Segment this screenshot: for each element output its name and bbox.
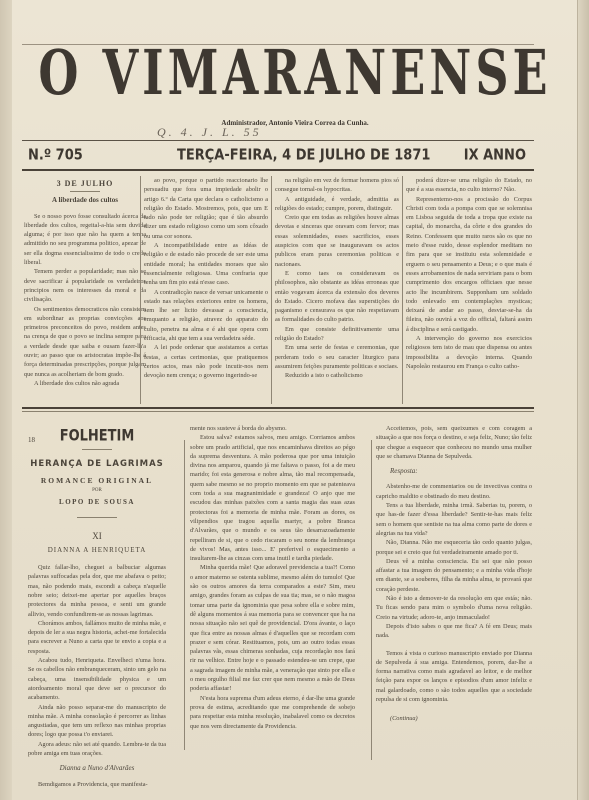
- issue-number: N.º 705: [28, 147, 83, 164]
- paragraph: Depois d'isto sabes o que me fica? A fé …: [376, 622, 532, 641]
- newspaper-title: O VIMARANENSE: [12, 36, 578, 109]
- paragraph: Ainda não posso separar-me do manuscript…: [28, 703, 166, 740]
- paragraph: Acabou tudo, Henriqueta. Envelheci n'uma…: [28, 656, 166, 702]
- paragraph: Reduzido a isto o catholicismo: [275, 371, 399, 380]
- paragraph: Não, Dianna. Não me esqueceria tão cedo …: [376, 538, 532, 557]
- paragraph: Bemdigamos a Providencia, que manifesta-: [28, 780, 166, 789]
- paragraph: Estou salva? estamos salvos, meu amigo. …: [190, 433, 355, 563]
- byline-por: POR: [28, 486, 166, 495]
- paragraph: Acceitemos, pois, sem queixumes e com co…: [376, 424, 532, 461]
- editorial-column-4: poderá dizer-se uma religião do Estado, …: [406, 176, 532, 404]
- paragraph: mente nos susteve á borda do abysmo.: [190, 424, 355, 433]
- newspaper-page: O VIMARANENSE Administrador, Antonio Vie…: [12, 0, 578, 800]
- paragraph: Não é isto a demover-te da resolução em …: [376, 594, 532, 622]
- column-rule: [371, 440, 372, 760]
- paragraph: Minha querida mãe! Que adoravel previden…: [190, 563, 355, 693]
- novel-type: ROMANCE ORIGINAL: [28, 476, 166, 485]
- folhetim-column-3: Acceitemos, pois, sem queixumes e com co…: [376, 424, 532, 800]
- letter-heading: Dianna a Nuno d'Alvarães: [28, 764, 166, 773]
- column-rule: [271, 176, 272, 404]
- page-edge-right: [577, 0, 589, 800]
- paragraph: A lei pode ordenar que assistamos a cert…: [144, 343, 268, 380]
- paragraph: Deus vê a minha consciencia. Eu sei que …: [376, 557, 532, 594]
- continued-note: (Continua): [390, 714, 532, 723]
- divider: [82, 449, 112, 450]
- column-rule: [140, 176, 141, 404]
- handwritten-note: Q. 4. J. L. 55: [157, 125, 262, 140]
- paragraph: Em uma serie de festas e ceremonias, que…: [275, 343, 399, 371]
- paragraph: Representemo-nos a procissão do Corpus C…: [406, 195, 532, 334]
- folhetim-divider: [22, 407, 534, 412]
- paragraph: Temem perder a popularidade; mas não se …: [24, 267, 146, 304]
- column-rule: [184, 440, 185, 750]
- paragraph: Creio que em todas as religiões houve al…: [275, 213, 399, 269]
- folhetim-column-1: 18 FOLHETIM HERANÇA DE LAGRIMAS ROMANCE …: [28, 420, 166, 800]
- paragraph: Os sentimentos democraticos não consiste…: [24, 305, 146, 379]
- paragraph: A liberdade dos cultos não agrada: [24, 379, 146, 388]
- editorial-column-3: na religião em vez de formar homens pios…: [275, 176, 399, 404]
- novel-title: HERANÇA DE LAGRIMAS: [28, 460, 166, 469]
- paragraph: na religião em vez de formar homens pios…: [275, 176, 399, 195]
- reply-heading: Resposta:: [390, 467, 532, 476]
- paragraph: poderá dizer-se uma religião do Estado, …: [406, 176, 532, 195]
- paragraph: A incompatibilidade entre as idéas de re…: [144, 241, 268, 287]
- paragraph: E como taes os consideravam os philosoph…: [275, 269, 399, 325]
- paragraph: Se o nosso povo fosse consultado ácerca …: [24, 212, 146, 268]
- administrator-line: Administrador, Antonio Vieira Correa da …: [12, 119, 578, 127]
- paragraph: ao povo, porque o partido reaccionario l…: [144, 176, 268, 241]
- paragraph: N'esta hora suprema d'um adeus eterno, é…: [190, 694, 355, 731]
- divider: [77, 517, 117, 518]
- paragraph: Tens a tua liberdade, minha irmã. Saberi…: [376, 501, 532, 538]
- divider: [70, 191, 100, 192]
- chapter-subtitle: DIANNA A HENRIQUETA: [28, 546, 166, 555]
- paragraph: Em que consiste definitivamente uma reli…: [275, 325, 399, 344]
- issue-year: IX ANNO: [464, 147, 526, 164]
- paragraph: A antiguidade, é verdade, admittia as re…: [275, 195, 399, 214]
- paragraph: Temos á vista o curioso manuscripto envi…: [376, 649, 532, 705]
- paragraph: A intervenção do governo nos exercicios …: [406, 334, 532, 371]
- folhetim-heading: FOLHETIM: [28, 431, 166, 442]
- article-title: A liberdade dos cultos: [24, 196, 146, 205]
- paragraph: Abstenho-me de commentarios ou de invect…: [376, 482, 532, 501]
- paragraph: Quiz fallar-lho, cheguei a balbuciar alg…: [28, 563, 166, 619]
- editorial-column-1: 3 DE JULHO A liberdade dos cultos Se o n…: [24, 176, 146, 404]
- column-rule: [402, 176, 403, 404]
- paragraph: A contradicção nasce de versar unicament…: [144, 288, 268, 344]
- dateline-bar: N.º 705 TERÇA-FEIRA, 4 DE JULHO DE 1871 …: [22, 140, 534, 171]
- editorial-column-2: ao povo, porque o partido reaccionario l…: [144, 176, 268, 404]
- novel-author: LOPO DE SOUSA: [28, 498, 166, 507]
- date-heading: 3 DE JULHO: [24, 179, 146, 188]
- chapter-number: XI: [28, 532, 166, 541]
- folhetim-column-2: mente nos susteve á borda do abysmo. Est…: [190, 424, 355, 784]
- paragraph: Chorámos ambos, fallámos muito de minha …: [28, 619, 166, 656]
- paragraph: Agora adeus: não sei até quando. Lembra-…: [28, 740, 166, 759]
- issue-date: TERÇA-FEIRA, 4 DE JULHO DE 1871: [177, 147, 430, 164]
